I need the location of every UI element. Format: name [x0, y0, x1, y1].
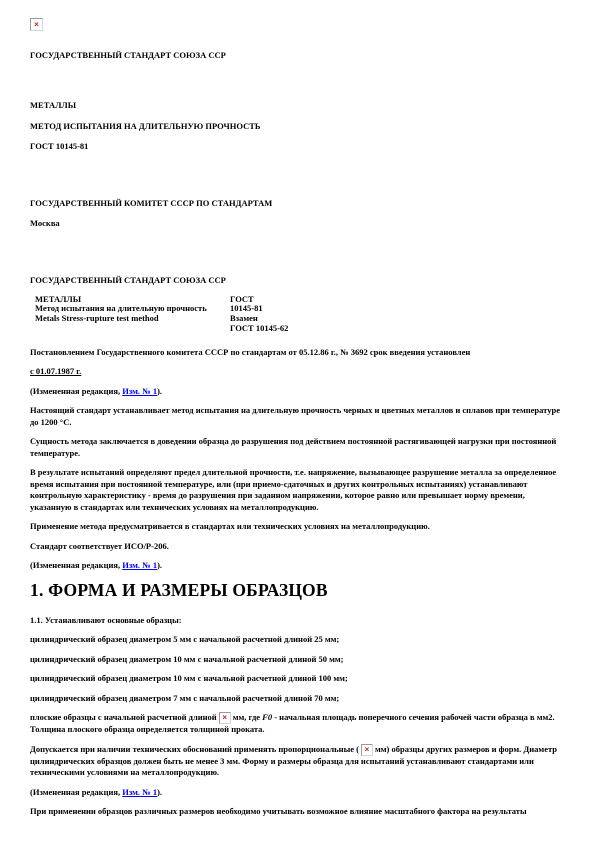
title-table: МЕТАЛЛЫ Метод испытания на длительную пр…	[30, 295, 565, 334]
amendment-suffix: ).	[157, 787, 162, 797]
masthead-standard-union: ГОСУДАРСТВЕННЫЙ СТАНДАРТ СОЮЗА ССР	[30, 50, 565, 62]
amendment-suffix: ).	[157, 560, 162, 570]
masthead-standard-union-2: ГОСУДАРСТВЕННЫЙ СТАНДАРТ СОЮЗА ССР	[30, 275, 565, 287]
broken-formula-icon: ×	[361, 744, 373, 756]
masthead-gost-number: ГОСТ 10145-81	[30, 141, 565, 153]
effective-date: с 01.07.1987 г.	[30, 366, 565, 378]
specimen-item-2: цилиндрический образец диаметром 10 мм с…	[30, 654, 565, 666]
result-paragraph: В результате испытаний определяют предел…	[30, 467, 565, 513]
flat-specimen-paragraph: плоские образцы с начальной расчетной дл…	[30, 712, 565, 736]
title-table-left-column: МЕТАЛЛЫ Метод испытания на длительную пр…	[35, 295, 227, 334]
amendment-suffix: ).	[157, 386, 162, 396]
amendment-note-1: (Измененная редакция, Изм. № 1).	[30, 386, 565, 398]
masthead-metals: МЕТАЛЛЫ	[30, 100, 565, 112]
amendment-prefix: (Измененная редакция,	[30, 787, 122, 797]
masthead-city: Москва	[30, 218, 565, 230]
broken-image-x-glyph: ×	[222, 714, 227, 722]
amendment-link[interactable]: Изм. № 1	[122, 560, 157, 570]
specimen-item-3: цилиндрический образец диаметром 10 мм с…	[30, 673, 565, 685]
scope-paragraph: Настоящий стандарт устанавливает метод и…	[30, 405, 565, 428]
specimen-item-4: цилиндрический образец диаметром 7 мм с …	[30, 693, 565, 705]
amendment-link[interactable]: Изм. № 1	[122, 386, 157, 396]
flat-after-icon-text: мм, где	[233, 712, 262, 722]
section-1-heading: 1. ФОРМА И РАЗМЕРЫ ОБРАЗЦОВ	[30, 580, 565, 600]
title-replaced-gost: ГОСТ 10145-62	[230, 324, 288, 334]
title-method-en: Metals Stress-rupture test method	[35, 314, 227, 324]
proportional-pre-text: Допускается при наличии технических обос…	[30, 744, 359, 754]
masthead-committee: ГОСУДАРСТВЕННЫЙ КОМИТЕТ СССР ПО СТАНДАРТ…	[30, 198, 565, 210]
broken-image-x-glyph: ×	[34, 21, 39, 29]
essence-paragraph: Сущность метода заключается в доведении …	[30, 436, 565, 459]
amendment-note-2: (Измененная редакция, Изм. № 1).	[30, 560, 565, 572]
masthead-method: МЕТОД ИСПЫТАНИЯ НА ДЛИТЕЛЬНУЮ ПРОЧНОСТЬ	[30, 121, 565, 133]
scale-factor-note: При применении образцов различных размер…	[30, 806, 565, 818]
amendment-link[interactable]: Изм. № 1	[122, 787, 157, 797]
amendment-prefix: (Измененная редакция,	[30, 386, 122, 396]
effective-date-text: с 01.07.1987 г.	[30, 366, 81, 376]
clause-1-1: 1.1. Устанавливают основные образцы:	[30, 615, 565, 627]
broken-image-x-glyph: ×	[365, 746, 370, 754]
proportional-specimen-paragraph: Допускается при наличии технических обос…	[30, 744, 565, 779]
broken-image-row: ×	[30, 18, 565, 31]
decree-line: Постановлением Государственного комитета…	[30, 347, 565, 359]
broken-formula-icon: ×	[219, 712, 231, 724]
flat-pre-text: плоские образцы с начальной расчетной дл…	[30, 712, 217, 722]
document-page: × ГОСУДАРСТВЕННЫЙ СТАНДАРТ СОЮЗА ССР МЕТ…	[0, 0, 595, 818]
specimen-item-1: цилиндрический образец диаметром 5 мм с …	[30, 634, 565, 646]
flat-f0-symbol: F0	[262, 712, 272, 722]
application-paragraph: Применение метода предусматривается в ст…	[30, 521, 565, 533]
title-table-right-column: ГОСТ 10145-81 Взамен ГОСТ 10145-62	[227, 295, 288, 334]
broken-image-icon: ×	[30, 18, 43, 31]
amendment-note-3: (Измененная редакция, Изм. № 1).	[30, 787, 565, 799]
iso-paragraph: Стандарт соответствует ИСО/Р-206.	[30, 541, 565, 553]
amendment-prefix: (Измененная редакция,	[30, 560, 122, 570]
